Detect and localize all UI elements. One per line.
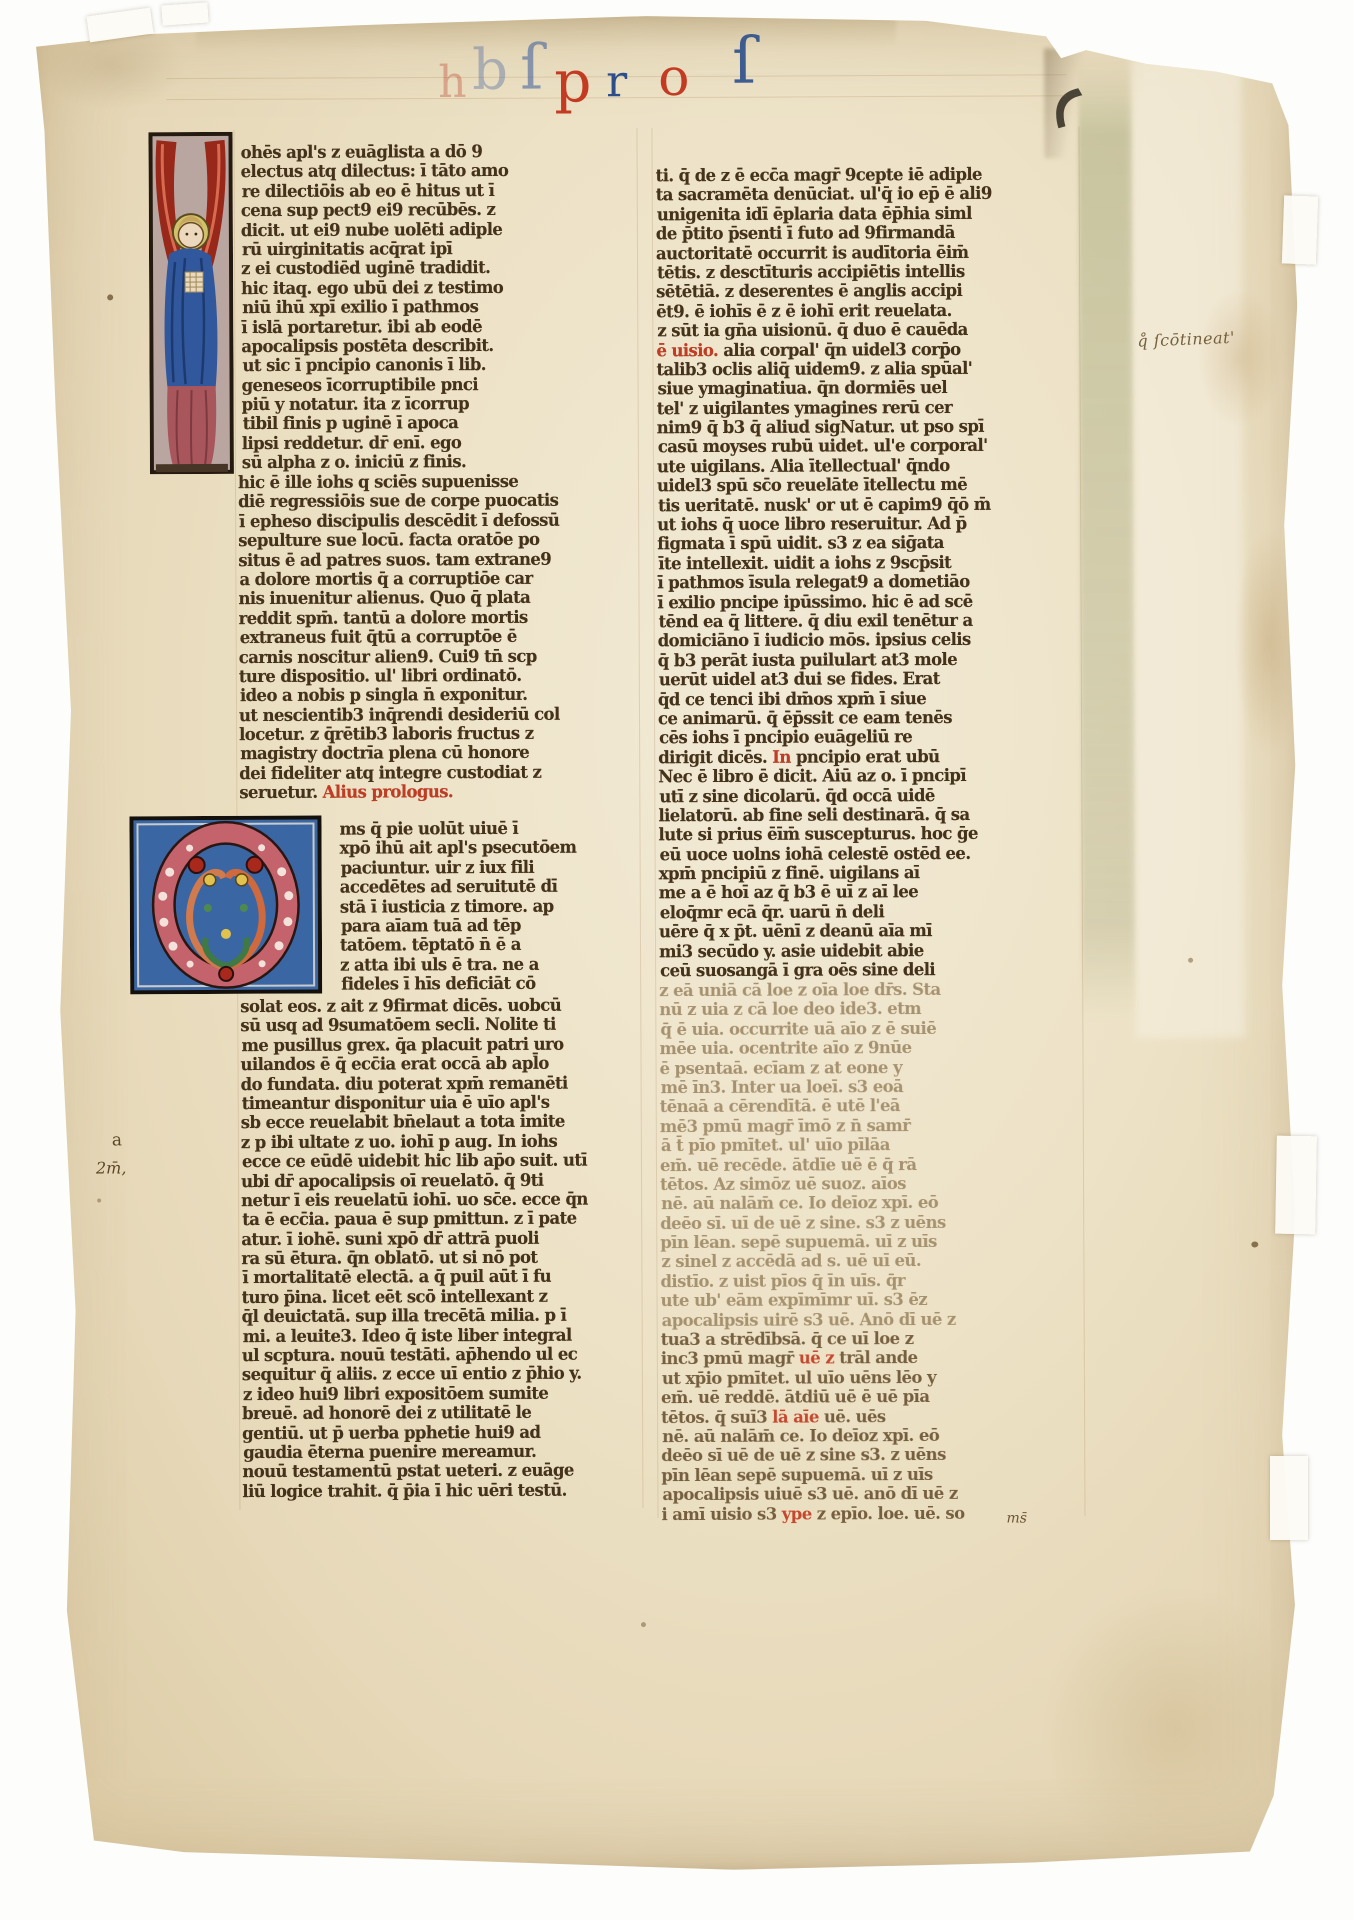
text-line: ut sic ī pncipio canonis ī lib. <box>242 354 632 376</box>
text-line: tētos. q̄ suī3 lā aīe uē. uēs <box>661 1405 1081 1427</box>
running-title-flourish: ſ <box>732 30 756 94</box>
text-line: sequitur q̄ aliis. z ecce uī entio z p̄h… <box>242 1363 637 1385</box>
text-line: seruetur. Alius prologus. <box>239 781 634 803</box>
text-line: uilandos ē q̄ ecc̄ia erat occā ab apl̄o <box>240 1053 635 1075</box>
stain <box>1197 287 1283 427</box>
text-line: inc3 pmū magr̄ uē z trāl ande <box>661 1347 1081 1369</box>
text-line: z sinel z accēdā ad s. uē uī eū. <box>661 1250 1081 1272</box>
text-line: diē regressiōis sue de corpe puocatis <box>238 490 633 512</box>
tape-patch <box>1270 1456 1308 1540</box>
text-line: q̄d ce tenci ibi dm̄os xpm̄ ī siue <box>658 687 1078 709</box>
wormhole <box>107 294 113 300</box>
text-line: breuē. ad honorē dei z utilitatē le <box>242 1402 637 1424</box>
text-line: sū alpha z o. iniciū z finis. <box>242 451 632 473</box>
text-line: me a ē hoī az q̄ b3 ē uī z aī lee <box>659 881 1079 903</box>
text-line: sepulture sue locū. facta oratōe po <box>238 529 633 551</box>
text-line: lute si prius ēīm̄ suscepturus. hoc ḡe <box>658 823 1078 845</box>
top-edge-red-mark: p̄io <box>690 0 717 14</box>
text-line: do fundata. diu poterat xpm̄ remanēti <box>241 1072 636 1094</box>
text-line: nis inuenitur alienus. Quo q̄ plata <box>238 587 633 609</box>
text-line: ē psentaā. ecīam z at eone y <box>660 1056 1080 1078</box>
text-line: utī z sine dicolarū. q̄d occā uidē <box>659 784 1079 806</box>
pencil-shelfmark: 155/37-13 <box>135 1845 309 1888</box>
illuminated-initial-I-angel <box>148 132 233 474</box>
marginal-quire-mark: 2m̄, <box>96 1158 127 1177</box>
leaf-content: h b ſ p r o ſ p̄io <box>0 0 1354 1920</box>
text-line: uidel3 spū sc̄o reuelāte ītellectu mē <box>657 474 1077 496</box>
text-line: sū usq ad 9sumatōem secli. Nolite ti <box>240 1014 635 1036</box>
text-line: stā ī iusticia z timore. ap <box>340 895 635 916</box>
column1-text-beside-initial-O: ms q̄ pie uolūt uiuē īxpō ihū ait apl's … <box>339 818 635 994</box>
text-line: auctoritatē occurrit is audītoria ēim̄ <box>656 241 1076 263</box>
column2-text: ti. q̄ de z ē ecc̄a magr̄ 9cepte iē adip… <box>656 164 1080 980</box>
text-line: para aīam tuā ad tēp <box>341 915 636 936</box>
text-line: siue ymaginatiua. q̄n dormiēs uel <box>658 377 1078 399</box>
text-line: accedētes ad seruitutē dī <box>340 876 635 897</box>
text-line: ta ē ecc̄ia. paua ē sup pmittun. z ī pat… <box>242 1208 637 1230</box>
text-line: tatōem. tēptatō n̄ ē a <box>340 934 635 955</box>
column1-text: hic ē ille iohs q sciēs supuenissediē re… <box>238 471 634 802</box>
column1-text-beside-initial: ohēs apl's z euāglista a dō 9electus atq… <box>241 141 632 472</box>
tape-patch <box>1282 195 1318 264</box>
manuscript-photo: h b ſ p r o ſ p̄io <box>0 0 1354 1920</box>
running-title-offset-letter: h <box>438 61 467 105</box>
text-line: paciuntur. uir z iux fili <box>341 857 636 878</box>
text-line: sb ecce reuelabit bn̄elaut a tota imite <box>241 1111 636 1133</box>
text-line: ī pathmos īsula relegat9 a dometiāo <box>657 571 1077 593</box>
ink-mark <box>1048 84 1088 132</box>
text-line: Nec ē libro ē dicit. Aiū az o. ī pncipī <box>658 765 1078 787</box>
text-line: ideo a nobis p singla n̄ exponitur. <box>240 684 635 706</box>
text-line: apocalipsis uiuē s3 uē. anō dī uē z <box>662 1483 1082 1505</box>
text-line: mi. a leuite3. Ideo q̄ iste liber integr… <box>243 1324 638 1346</box>
column1-text: solat eos. z ait z 9firmat dicēs. uobcūs… <box>240 995 637 1501</box>
text-line: uēre q̄ x p̄t. uēnī z deanū aīa mī <box>659 920 1079 942</box>
text-line: z atta ibi uls ē tra. ne a <box>340 953 635 974</box>
running-title-letter-r: r <box>606 60 627 104</box>
text-line: em̄. uē reddē. ātdiū uē ē uē pīa <box>661 1386 1081 1408</box>
manuscript-leaf: h b ſ p r o ſ p̄io <box>26 5 1312 1879</box>
edge-stain <box>196 9 896 52</box>
wormhole <box>1188 958 1193 963</box>
stain <box>1233 527 1304 757</box>
text-line: electus atq dilectus: ī tāto amo <box>241 160 631 182</box>
text-line: casū moyses rubū uidet. ul'e corporal' <box>658 435 1078 457</box>
text-line: deēo sī uē de uē z sine s3. z uēns <box>661 1444 1081 1466</box>
decorated-initial-O <box>129 816 322 995</box>
text-line: nū z uia z cā loe deo ide3. etm <box>659 998 1079 1020</box>
text-line: nē. aū nalām̄ ce. Io deīoz xpī. eō <box>661 1192 1081 1214</box>
text-line: ī islā portaretur. ibi ab eodē <box>241 315 631 337</box>
text-line: magistry doctrīa plena cū honore <box>240 742 635 764</box>
text-line: carnis noscitur alien9. Cui9 tn̄ scp <box>239 645 634 667</box>
text-line: ta sacramēta denūciat. ul'q̄ io ep̄ ē al… <box>656 183 1076 205</box>
text-line: cēs iohs ī pncipio euāgeliū re <box>659 726 1079 748</box>
running-title-letter-p: p <box>554 52 591 110</box>
tape-patch <box>1275 1136 1317 1235</box>
text-line: domiciāno ī iudicio mōs. ipsius celis <box>658 629 1078 651</box>
text-line: cena sup pect9 ei9 recūbēs. z <box>241 199 631 221</box>
wormhole <box>641 1622 646 1627</box>
text-line: fideles ī hīs deficiāt cō <box>341 973 636 994</box>
text-line: em̄. uē recēde. ātdīe uē ē q̄ rā <box>660 1153 1080 1175</box>
text-line: extraneus fuit q̄tū a corruptōe ē <box>240 626 635 648</box>
text-line: mēe uia. ocentrite aīo z 9nūe <box>659 1037 1079 1059</box>
text-line: ī mortalitatē electā. a q̄ puil aūt ī fu <box>242 1266 637 1288</box>
text-line: ubi dr̄ apocalipsis oī reuelatō. q̄ 9ti <box>241 1169 636 1191</box>
text-line: situs ē ad patres suos. tam extrane9 <box>238 548 633 570</box>
text-line: tēnaā a cērendītā. ē utē l'eā <box>660 1095 1080 1117</box>
text-line: figmata ī spū uidit. s3 z ea siḡata <box>657 532 1077 554</box>
marginal-note-right: q̊ ſcōtineat' <box>1137 328 1235 351</box>
catchword: ms̄ <box>1006 1510 1027 1526</box>
text-line: liū logice trahit. q̄ p̄ia ī hic uēri te… <box>242 1480 637 1502</box>
running-title-offset-letter: b <box>472 43 508 99</box>
text-line: xpō ihū ait apl's psecutōem <box>340 837 635 858</box>
wormhole <box>97 1198 101 1202</box>
text-line: niū ihū xpī exilio ī pathmos <box>242 296 632 318</box>
running-title-flourish: ſ <box>520 37 543 99</box>
text-line: z sūt ia gn̄a uisionū. q̄ duo ē cauēda <box>657 319 1077 341</box>
text-line: ute ub' eām expīmīmr uī. s3 ēz <box>661 1289 1081 1311</box>
text-line: ceū suosangā ī gra oēs sine deli <box>660 959 1080 981</box>
text-line: ē uisio. alia corpal' q̄n uidel3 corp̄o <box>656 338 1076 360</box>
text-line: ā t̄ pīo pmītet. ul' uīo pīlāa <box>661 1134 1081 1156</box>
damp-stain <box>1043 1587 1304 1868</box>
text-line: ecce ce eūdē uidebit hic lib ap̄o suit. … <box>242 1150 637 1172</box>
text-line: de p̄tito p̄senti ī futo ad 9firmandā <box>656 222 1076 244</box>
column2-text-faded: z eā uniā cā loe z oīa loe dr̄s. Stanū z… <box>659 979 1081 1330</box>
text-line: dicit. ut ei9 nube uolēti adiple <box>241 218 631 240</box>
running-title-letter-o: o <box>658 52 690 104</box>
repair-strip-stain <box>1078 56 1136 1021</box>
text-line: tibil finis p uginē ī apoca <box>243 412 633 434</box>
column2-text: tua3 a strēdībsā. q̄ ce uī loe zinc3 pmū… <box>661 1328 1082 1524</box>
text-line: nouū testamentū pstat ueteri. z euāge <box>242 1460 637 1482</box>
text-line: uerūt uidel at3 dui se fides. Erat <box>659 668 1079 690</box>
text-line: sētētiā. z deserentes ē anglis accipi <box>656 280 1076 302</box>
ruling-line <box>636 128 643 1508</box>
text-line: gentiū. ut p̄ uerba pphetie hui9 ad <box>242 1421 637 1443</box>
repaired-area <box>1131 57 1245 1037</box>
text-line: q̄l deuictatā. sup illa trecētā milia. p… <box>242 1305 637 1327</box>
wormhole <box>1251 1241 1258 1247</box>
marginal-letter-a: a <box>112 1130 122 1150</box>
text-line: z ei custodiēd uginē tradidit. <box>241 257 631 279</box>
tape-patch <box>161 2 208 25</box>
